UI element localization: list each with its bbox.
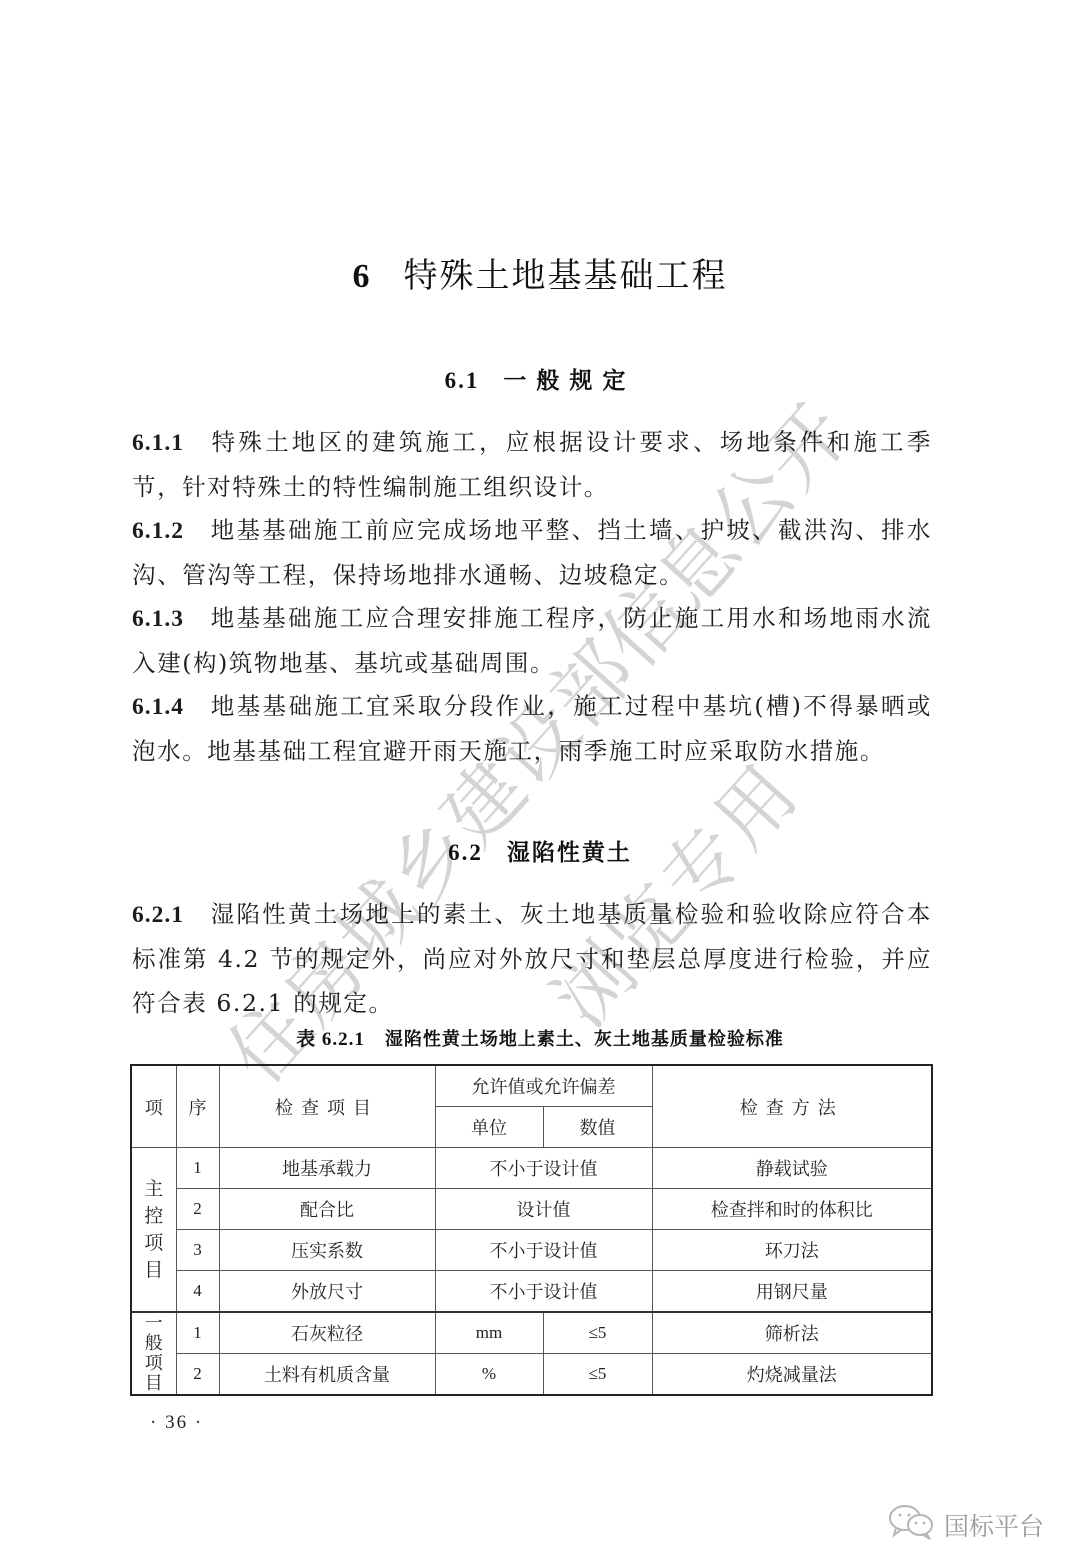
clause-6-1-3: 6.1.3地基基础施工应合理安排施工程序，防止施工用水和场地雨水流入建(构)筑物… (132, 596, 932, 685)
table-row: 2 配合比 设计值 检查拌和时的体积比 (131, 1189, 932, 1230)
clause-number: 6.1.1 (132, 430, 184, 456)
wechat-icon (888, 1503, 936, 1547)
row-tolerance: 不小于设计值 (435, 1230, 652, 1271)
table-row: 4 外放尺寸 不小于设计值 用钢尺量 (131, 1271, 932, 1313)
chapter-title-text: 特殊土地基基础工程 (404, 256, 728, 296)
section-title-6-1: 6.1一般规定 (0, 362, 1080, 395)
row-seq: 3 (176, 1230, 219, 1271)
header-method: 检查方法 (652, 1065, 932, 1148)
group-label: 一般项目 (144, 1314, 164, 1394)
clause-number: 6.1.4 (132, 694, 184, 720)
header-unit: 单位 (435, 1107, 543, 1148)
row-seq: 2 (176, 1354, 219, 1396)
row-method: 环刀法 (652, 1230, 932, 1271)
document-page: 住房城乡建设部信息公开 浏览专用 6特殊土地基基础工程 6.1一般规定 6.1.… (0, 0, 1080, 1566)
table-row: 2 土料有机质含量 % ≤5 灼烧减量法 (131, 1354, 932, 1396)
table-header-row: 项 序 检查项目 允许值或允许偏差 检查方法 (131, 1065, 932, 1107)
header-item: 检查项目 (219, 1065, 435, 1148)
header-seq: 序 (176, 1065, 219, 1148)
chapter-number: 6 (353, 258, 372, 295)
row-method: 静载试验 (652, 1148, 932, 1189)
row-seq: 4 (176, 1271, 219, 1313)
chapter-title: 6特殊土地基基础工程 (0, 248, 1080, 297)
row-tolerance: 不小于设计值 (435, 1271, 652, 1313)
source-badge: 国标平台 (888, 1503, 1044, 1547)
table-row: 3 压实系数 不小于设计值 环刀法 (131, 1230, 932, 1271)
clause-6-1-1: 6.1.1特殊土地区的建筑施工，应根据设计要求、场地条件和施工季节，针对特殊土的… (132, 420, 932, 509)
quality-inspection-table: 项 序 检查项目 允许值或允许偏差 检查方法 单位 数值 主控项目 1 地基承载… (130, 1064, 933, 1396)
clause-6-1-2: 6.1.2地基基础施工前应完成场地平整、挡土墙、护坡、截洪沟、排水沟、管沟等工程… (132, 508, 932, 597)
row-value: ≤5 (543, 1354, 652, 1396)
row-value: ≤5 (543, 1312, 652, 1354)
row-method: 筛析法 (652, 1312, 932, 1354)
group-label: 主控项目 (144, 1176, 164, 1284)
clause-6-1-4: 6.1.4地基基础施工宜采取分段作业，施工过程中基坑(槽)不得暴晒或泡水。地基基… (132, 684, 932, 773)
clause-text: 特殊土地区的建筑施工，应根据设计要求、场地条件和施工季节，针对特殊土的特性编制施… (132, 428, 932, 501)
page-number: · 36 · (150, 1412, 203, 1434)
row-item: 压实系数 (219, 1230, 435, 1271)
clause-number: 6.1.2 (132, 518, 184, 544)
row-seq: 2 (176, 1189, 219, 1230)
row-item: 土料有机质含量 (219, 1354, 435, 1396)
row-unit: % (435, 1354, 543, 1396)
row-seq: 1 (176, 1312, 219, 1354)
clause-text: 湿陷性黄土场地上的素土、灰土地基质量检验和验收除应符合本标准第 4.2 节的规定… (132, 900, 932, 1017)
clause-text: 地基基础施工应合理安排施工程序，防止施工用水和场地雨水流入建(构)筑物地基、基坑… (132, 604, 932, 677)
row-method: 用钢尺量 (652, 1271, 932, 1313)
table-row: 一般项目 1 石灰粒径 mm ≤5 筛析法 (131, 1312, 932, 1354)
table-caption: 表 6.2.1湿陷性黄土场地上素土、灰土地基质量检验标准 (0, 1024, 1080, 1051)
row-method: 灼烧减量法 (652, 1354, 932, 1396)
section-title-text: 一般规定 (503, 368, 635, 394)
section-title-6-2: 6.2湿陷性黄土 (0, 834, 1080, 867)
row-method: 检查拌和时的体积比 (652, 1189, 932, 1230)
row-item: 地基承载力 (219, 1148, 435, 1189)
clause-number: 6.1.3 (132, 606, 184, 632)
clause-text: 地基基础施工前应完成场地平整、挡土墙、护坡、截洪沟、排水沟、管沟等工程，保持场地… (132, 516, 932, 589)
group-main-control: 主控项目 (131, 1148, 176, 1313)
section-number: 6.1 (445, 368, 480, 393)
group-general: 一般项目 (131, 1312, 176, 1395)
row-item: 石灰粒径 (219, 1312, 435, 1354)
row-seq: 1 (176, 1148, 219, 1189)
row-tolerance: 不小于设计值 (435, 1148, 652, 1189)
section-title-text: 湿陷性黄土 (507, 840, 632, 866)
table-number: 表 6.2.1 (296, 1029, 365, 1050)
header-tolerance: 允许值或允许偏差 (435, 1065, 652, 1107)
header-value: 数值 (543, 1107, 652, 1148)
clause-6-2-1: 6.2.1湿陷性黄土场地上的素土、灰土地基质量检验和验收除应符合本标准第 4.2… (132, 892, 932, 1025)
badge-label: 国标平台 (944, 1507, 1044, 1543)
clause-text: 地基基础施工宜采取分段作业，施工过程中基坑(槽)不得暴晒或泡水。地基基础工程宜避… (132, 692, 932, 765)
row-item: 外放尺寸 (219, 1271, 435, 1313)
row-tolerance: 设计值 (435, 1189, 652, 1230)
row-unit: mm (435, 1312, 543, 1354)
clause-number: 6.2.1 (132, 902, 184, 928)
header-category: 项 (131, 1065, 176, 1148)
table-row: 主控项目 1 地基承载力 不小于设计值 静载试验 (131, 1148, 932, 1189)
table-title: 湿陷性黄土场地上素土、灰土地基质量检验标准 (385, 1029, 784, 1050)
row-item: 配合比 (219, 1189, 435, 1230)
section-number: 6.2 (448, 840, 483, 865)
